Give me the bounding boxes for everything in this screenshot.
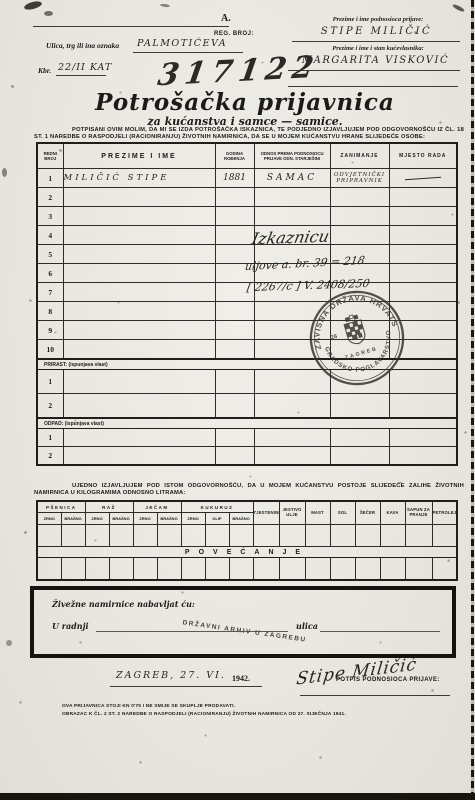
ink-blot	[452, 3, 465, 13]
empty-cell	[215, 188, 254, 207]
ruled-line-blank	[320, 631, 440, 632]
col-header-odnos: ODNOS PREMA PODNOSIOCU PRIJAVE ODN. STAR…	[254, 143, 330, 169]
col-group-psenica: PŠENICA	[37, 501, 85, 513]
empty-cell	[157, 558, 181, 581]
empty-cell	[61, 525, 85, 547]
empty-cell	[133, 525, 157, 547]
row-number: 7	[37, 283, 63, 302]
empty-cell	[254, 188, 330, 207]
empty-cell	[389, 429, 457, 447]
fine-print-line-2: OBRAZAC K ČL. 2 ST. 2 NAREDBE O RASPODJE…	[62, 711, 422, 719]
row-number: 9	[37, 321, 63, 340]
col-header-zanimanje: ZANIMANJE	[330, 143, 389, 169]
empty-cell	[63, 264, 215, 283]
year-printed: 1942.	[232, 674, 250, 683]
empty-cell	[389, 447, 457, 466]
empty-cell	[37, 558, 61, 581]
empty-cell	[181, 558, 205, 581]
row-number: 8	[37, 302, 63, 321]
empty-cell	[61, 558, 85, 581]
col-sol: SOL	[330, 501, 355, 525]
place-date-handwritten: ZAGREB, 27. VI.	[116, 670, 226, 681]
handwritten-note-1: Izkaznicu	[250, 227, 331, 249]
table-row: 4	[37, 226, 457, 245]
paper-speckles	[0, 0, 1, 1]
row-number: 2	[37, 188, 63, 207]
empty-cell	[63, 245, 215, 264]
col-group-raz: RAŽ	[85, 501, 133, 513]
row-number: 1	[37, 169, 63, 188]
empty-cell	[215, 207, 254, 226]
sub-col: BRAŠNO	[157, 513, 181, 525]
empty-cell	[330, 188, 389, 207]
form-title: Potrošačka prijavnica	[35, 89, 455, 116]
row-number: 2	[37, 394, 63, 419]
empty-cell	[229, 558, 253, 581]
odpad-band: ODPAD: (ispunjava vlast)	[37, 418, 457, 429]
col-sapun: SAPUN ZA PRANJE	[405, 501, 432, 525]
supplies-table: PŠENICA RAŽ JEČAM KUKURUZ TJESTENINE JES…	[36, 500, 458, 581]
sub-col: ZRNO	[181, 513, 205, 525]
empty-cell	[215, 370, 254, 394]
empty-cell	[330, 226, 389, 245]
scanned-form-page: A. REG. BROJ: Prezime i ime podnosioca p…	[0, 0, 475, 800]
empty-cell	[254, 429, 330, 447]
row-number: 6	[37, 264, 63, 283]
empty-cell	[355, 525, 380, 547]
row-number: 10	[37, 340, 63, 360]
table-row: 2	[37, 447, 457, 466]
empty-cell	[389, 283, 457, 302]
sub-col: ZRNO	[133, 513, 157, 525]
col-group-kukuruz: KUKURUZ	[181, 501, 253, 513]
empty-cell	[215, 340, 254, 360]
empty-cell	[330, 558, 355, 581]
purchase-box: Živežne namirnice nabavljat ću: U radnji…	[30, 586, 456, 658]
empty-cell	[205, 558, 229, 581]
povecanje-label: POVEĆANJE	[37, 547, 457, 558]
empty-cell	[380, 558, 405, 581]
col-header-prezime-ime: PREZIME I IME	[63, 143, 215, 169]
empty-cell	[63, 447, 215, 466]
povecanje-band: POVEĆANJE	[37, 547, 457, 558]
empty-cell	[389, 226, 457, 245]
empty-cell	[181, 525, 205, 547]
odpad-label: ODPAD: (ispunjava vlast)	[37, 418, 457, 429]
col-group-jecam: JEČAM	[133, 501, 181, 513]
row-number: 5	[37, 245, 63, 264]
ruled-line	[56, 75, 106, 76]
supplies-declaration: UJEDNO IZJAVLJUJEM POD ISTOM ODGOVORNOŠĆ…	[34, 483, 464, 497]
empty-cell	[355, 558, 380, 581]
empty-cell	[205, 525, 229, 547]
shop-label: U radnji	[52, 621, 89, 631]
empty-cell	[254, 447, 330, 466]
empty-cell	[63, 188, 215, 207]
row-number: 3	[37, 207, 63, 226]
supplies-value-row	[37, 525, 457, 547]
row-number: 4	[37, 226, 63, 245]
sub-col: BRAŠNO	[61, 513, 85, 525]
purchase-intro: Živežne namirnice nabavljat ću:	[52, 599, 195, 609]
row-number: 1	[37, 429, 63, 447]
empty-cell	[330, 207, 389, 226]
empty-cell	[63, 302, 215, 321]
section-letter: A.	[221, 13, 231, 24]
empty-cell	[305, 525, 330, 547]
supplies-value-row	[37, 558, 457, 581]
empty-cell	[63, 283, 215, 302]
table-row: 1 MILIČIĆ STIPE 1881 SAMAC ODVJETNIČKI P…	[37, 169, 457, 188]
ruled-line	[110, 686, 262, 687]
empty-cell	[63, 321, 215, 340]
ruled-line-blank	[288, 86, 458, 87]
empty-cell	[109, 558, 133, 581]
row-number: 1	[37, 370, 63, 394]
sub-col: ZRNO	[85, 513, 109, 525]
fine-print: OVA PRIJAVNICA STOJI KN 0'75 I NE SMIJE …	[62, 703, 422, 719]
applicant-name-label: Prezime i ime podnosioca prijave:	[294, 16, 462, 23]
applicant-name-handwritten: STIPE MILIČIĆ	[294, 26, 459, 37]
table-row: 2	[37, 188, 457, 207]
empty-cell	[432, 525, 457, 547]
empty-cell	[279, 525, 305, 547]
sub-col: BRAŠNO	[229, 513, 253, 525]
person-name: MILIČIĆ STIPE	[63, 169, 215, 188]
street-name-handwritten: PALMOTIĆEVA	[137, 38, 227, 49]
birth-year: 1881	[215, 169, 254, 188]
persons-table-header-row: REDNI BROJ PREZIME I IME GODINA ROĐENJA …	[37, 143, 457, 169]
ruled-line	[300, 695, 450, 696]
table-row: 1	[37, 429, 457, 447]
col-secer: ŠEĆER	[355, 501, 380, 525]
empty-cell	[405, 558, 432, 581]
empty-cell	[432, 558, 457, 581]
ink-blot	[6, 640, 12, 646]
empty-cell	[157, 525, 181, 547]
col-tjestenine: TJESTENINE	[253, 501, 279, 525]
ink-blot	[44, 11, 53, 16]
col-header-redni-broj: REDNI BROJ	[37, 143, 63, 169]
empty-cell	[389, 264, 457, 283]
street-field-label: ulica	[296, 621, 318, 631]
street-label: Ulica, trg ili ina oznaka	[46, 41, 119, 50]
supplies-group-header-row: PŠENICA RAŽ JEČAM KUKURUZ TJESTENINE JES…	[37, 501, 457, 513]
occupation: ODVJETNIČKI PRIPRAVNIK	[330, 169, 389, 188]
empty-cell	[254, 207, 330, 226]
stamp-city: ZAGREB	[344, 346, 378, 361]
empty-cell	[389, 207, 457, 226]
empty-cell	[215, 302, 254, 321]
sub-col: KLIP	[205, 513, 229, 525]
empty-cell	[389, 245, 457, 264]
empty-cell	[215, 394, 254, 419]
ruled-line	[292, 41, 460, 42]
relation: SAMAC	[254, 169, 330, 188]
ink-blot	[23, 0, 42, 11]
stamp-number: 26	[330, 334, 338, 342]
applicant-signature: Stipe Miličić	[295, 654, 418, 689]
empty-cell	[279, 558, 305, 581]
empty-cell	[85, 558, 109, 581]
empty-cell	[63, 226, 215, 245]
table-row: 3	[37, 207, 457, 226]
empty-cell	[215, 321, 254, 340]
blank-dash	[405, 176, 441, 180]
empty-cell	[389, 188, 457, 207]
empty-cell	[253, 525, 279, 547]
empty-cell	[63, 340, 215, 360]
empty-cell	[63, 207, 215, 226]
declaration-paragraph: POTPISANI OVIM MOLIM, DA MI SE IZDA POTR…	[34, 127, 464, 141]
empty-cell	[109, 525, 133, 547]
col-jestivo-ulje: JESTIVO ULJE	[279, 501, 305, 525]
empty-cell	[37, 525, 61, 547]
empty-cell	[133, 558, 157, 581]
house-number-label: Kbr.	[38, 66, 51, 75]
col-mast: MAST	[305, 501, 330, 525]
empty-cell	[254, 394, 330, 419]
col-petrolej: PETROLEJ	[432, 501, 457, 525]
col-header-mjesto-rada: MJESTO RADA	[389, 143, 457, 169]
reg-number-label: REG. BROJ:	[214, 31, 254, 37]
col-header-godina: GODINA ROĐENJA	[215, 143, 254, 169]
empty-cell	[215, 429, 254, 447]
stamp-coat-of-arms	[342, 313, 367, 346]
sub-col: BRAŠNO	[109, 513, 133, 525]
empty-cell	[215, 226, 254, 245]
sub-col: ZRNO	[37, 513, 61, 525]
empty-cell	[330, 525, 355, 547]
empty-cell	[215, 447, 254, 466]
scan-edge-right	[471, 0, 474, 794]
empty-cell	[63, 370, 215, 394]
empty-cell	[389, 394, 457, 419]
workplace-cell	[389, 169, 457, 188]
scan-edge-bottom	[0, 793, 475, 800]
fine-print-line-1: OVA PRIJAVNICA STOJI KN 0'75 I NE SMIJE …	[62, 703, 422, 711]
empty-cell	[85, 525, 109, 547]
table-row: 2	[37, 394, 457, 419]
empty-cell	[253, 558, 279, 581]
empty-cell	[330, 447, 389, 466]
empty-cell	[330, 394, 389, 419]
empty-cell	[63, 429, 215, 447]
row-number: 2	[37, 447, 63, 466]
empty-cell	[305, 558, 330, 581]
ink-blot	[160, 3, 170, 7]
empty-cell	[380, 525, 405, 547]
empty-cell	[229, 525, 253, 547]
empty-cell	[330, 429, 389, 447]
ruled-line	[133, 52, 243, 53]
ink-blot	[2, 168, 7, 177]
empty-cell	[63, 394, 215, 419]
house-number-handwritten: 22/II KAT	[58, 62, 112, 73]
ruled-line-blank	[33, 26, 229, 27]
empty-cell	[405, 525, 432, 547]
col-kava: KAVA	[380, 501, 405, 525]
